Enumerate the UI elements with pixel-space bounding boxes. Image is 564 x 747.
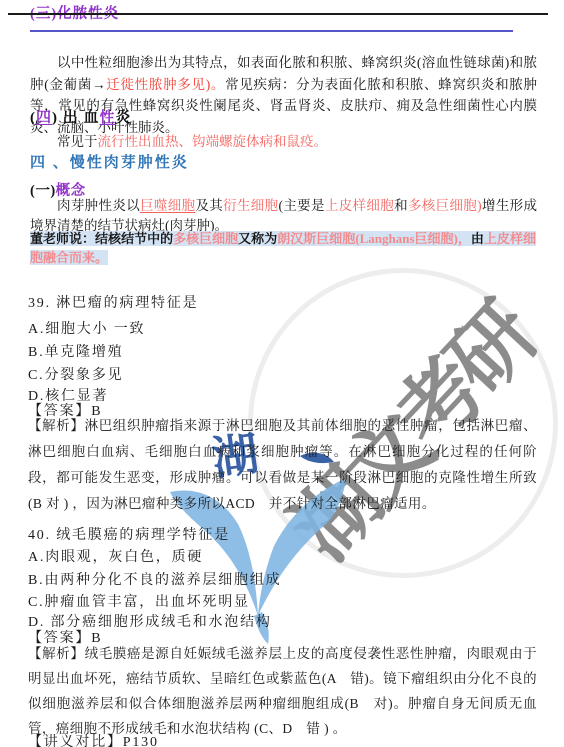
granulomatous-heading: 四 、慢性肉芽肿性炎 <box>30 151 189 172</box>
granuloma-black-2: 及其 <box>195 198 223 213</box>
granuloma-black-1: 肉芽肿性炎以 <box>57 198 140 213</box>
granuloma-red-giantcell: 多核巨细胞) <box>408 198 482 213</box>
question-39-option-b: B.单克隆增殖 <box>28 341 123 361</box>
hemorrhagic-line: 常见于流行性出血热、钩端螺旋体病和鼠疫。 <box>57 130 327 150</box>
teacher-note-pink-1: 多核巨细胞 <box>173 231 238 246</box>
hemorrhagic-line-red: 流行性出血热、钩端螺旋体病和鼠疫。 <box>98 134 328 149</box>
question-39-option-a: A.细胞大小 一致 <box>28 318 145 338</box>
teacher-note-black-3: 由 <box>471 231 484 246</box>
top-rule <box>8 13 548 15</box>
suppurative-text-red: 迁徙性脓肿多见)。 <box>106 77 226 92</box>
teacher-note-black-2: 又称为 <box>238 231 277 246</box>
question-39-title: 39. 淋巴瘤的病理特征是 <box>28 292 198 312</box>
granuloma-black-3: (主要是 <box>279 198 325 213</box>
question-40-analysis: 【解析】绒毛膜癌是源自妊娠绒毛滋养层上皮的高度侵袭性恶性肿瘤，肉眼观由于明显出血… <box>28 641 537 741</box>
question-40-option-b: B.由两种分化不良的滋养层细胞组成 <box>28 569 281 589</box>
header-underline <box>30 30 513 32</box>
hemorrhagic-heading-yan: 炎 <box>116 110 132 126</box>
document-page: 湖文考研 湖 (三)化脓性炎 以中性粒细胞渗出为其特点，如表面化脓和积脓、蜂窝织… <box>0 0 564 747</box>
question-39-analysis: 【解析】淋巴组织肿瘤指来源于淋巴细胞及其前体细胞的恶性肿瘤，包括淋巴瘤、淋巴细胞… <box>28 413 537 517</box>
hemorrhagic-heading: (四) 出 血性炎 <box>30 106 132 127</box>
granuloma-red-derived: 衍生细胞 <box>223 198 278 213</box>
lecture-reference: 【讲义对比】P130 <box>28 731 159 747</box>
teacher-note-pink-2: 朗汉斯巨细胞(Langhans巨细胞)， <box>277 231 471 246</box>
granuloma-black-4: 和 <box>394 198 408 213</box>
teacher-note-black-1: 董老师说：结核结节中的 <box>30 231 173 246</box>
question-40-option-c: C.肿瘤血管丰富，出血坏死明显 <box>28 591 250 611</box>
question-39-option-c: C.分裂象多见 <box>28 364 123 384</box>
hemorrhagic-heading-mid: ) 出 血 <box>52 110 100 126</box>
hemorrhagic-heading-num: 四 <box>36 110 52 126</box>
granuloma-red-epithelioid: 上皮样细胞 <box>325 198 394 213</box>
question-40-option-a: A.肉眼观，灰白色，质硬 <box>28 546 203 566</box>
hemorrhagic-heading-xing: 性 <box>100 110 116 126</box>
question-40-title: 40. 绒毛膜癌的病理学特征是 <box>28 524 230 544</box>
teacher-note: 董老师说：结核结节中的多核巨细胞又称为朗汉斯巨细胞(Langhans巨细胞)，由… <box>30 230 536 267</box>
hemorrhagic-line-black: 常见于 <box>57 134 98 149</box>
granuloma-red-macrophage: 巨噬细胞 <box>140 198 195 213</box>
